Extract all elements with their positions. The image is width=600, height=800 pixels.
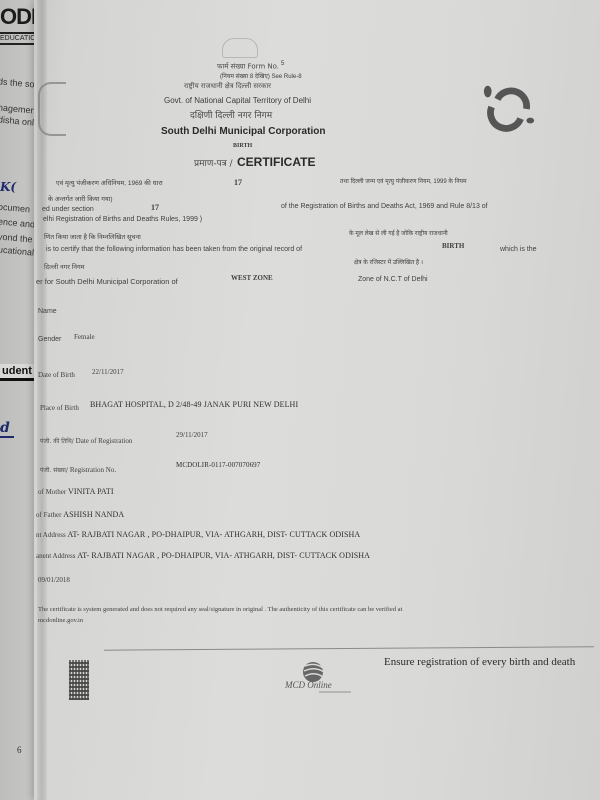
certificate-sheet: फार्म संख्या Form No. 5 (नियम संख्या 8 द… — [34, 0, 600, 800]
background-text-fragment: ocumen — [0, 202, 30, 215]
address-label: nt Address AT- RAJBATI NAGAR , PO-DHAIPU… — [36, 530, 360, 539]
national-emblem-icon — [222, 38, 258, 58]
registration-date-value: 29/11/2017 — [176, 431, 208, 439]
footer-divider — [104, 646, 594, 650]
verify-website-link[interactable]: mcdonline.gov.in — [38, 617, 83, 624]
page-number: 6 — [17, 745, 22, 755]
preamble-line-hindi: एवं मृत्यु पंजीकरण अधिनियम, 1969 की धारा — [56, 178, 163, 187]
certificate-type: BIRTH — [233, 143, 252, 149]
background-text-fragment: ds the sol — [0, 76, 37, 89]
preamble-certify-text: is to certify that the following informa… — [46, 246, 302, 253]
preamble-rules-text: elhi Registration of Births and Deaths R… — [43, 216, 202, 223]
preamble-line-hindi: दिल्ली नगर निगम — [44, 262, 85, 271]
background-text-fragment: yond the — [0, 232, 33, 245]
preamble-certify-suffix: which is the — [500, 246, 537, 253]
zone-suffix: Zone of N.C.T of Delhi — [358, 276, 428, 283]
background-text-fragment: ence and — [0, 216, 35, 229]
svg-text:MCD Online: MCD Online — [284, 680, 332, 690]
record-type: BIRTH — [442, 242, 464, 250]
footer-tagline: Ensure registration of every birth and d… — [384, 656, 575, 668]
preamble-line-hindi: के मूल लेख से ली गई है जोकि राष्ट्रीय रा… — [349, 229, 448, 237]
name-label: Name — [38, 308, 57, 315]
background-text-fragment: nagemen — [0, 102, 36, 115]
preamble-line-hindi: तथा दिल्ली जन्म एवं मृत्यु पंजीकरण नियम,… — [340, 177, 467, 185]
section-number: 17 — [151, 203, 159, 212]
preamble-act-text: of the Registration of Births and Deaths… — [281, 203, 488, 210]
qr-code-icon — [69, 660, 89, 700]
registration-number-label: पंजी. संख्या/ Registration No. — [40, 466, 116, 474]
preamble-line-hindi: के अन्तर्गत जारी किया गया) — [48, 194, 113, 203]
rule-reference: (नियम संख्या 8 देखिए) See Rule-8 — [220, 72, 302, 80]
section-number: 17 — [234, 178, 242, 187]
handwritten-mark: K( — [0, 180, 16, 194]
mcd-swachh-logo-icon — [480, 78, 538, 136]
issue-date: 09/01/2018 — [38, 576, 70, 584]
place-of-birth-label: Place of Birth — [40, 404, 79, 412]
gender-value: Female — [74, 333, 95, 341]
gender-label: Gender — [38, 336, 61, 343]
mcd-online-logo-icon: MCD Online — [279, 660, 359, 694]
govt-name-hindi: राष्ट्रीय राजधानी क्षेत्र दिल्ली सरकार — [184, 82, 271, 91]
preamble-section-text: ed under section — [42, 206, 94, 213]
place-of-birth-value: BHAGAT HOSPITAL, D 2/48-49 JANAK PURI NE… — [90, 400, 298, 409]
registration-date-label: पंजी. की तिथि/ Date of Registration — [40, 437, 132, 445]
registration-number-value: MCDOLIR-0117-007070697 — [176, 461, 260, 469]
corporation-name-hindi: दक्षिणी दिल्ली नगर निगम — [190, 108, 272, 121]
seal-stamp-icon — [38, 82, 66, 136]
father-label: of Father ASHISH NANDA — [36, 510, 124, 519]
zone-value: WEST ZONE — [231, 274, 273, 282]
permanent-address-label: anent Address AT- RAJBATI NAGAR , PO-DHA… — [36, 551, 370, 560]
preamble-line-hindi: क्षेत्र के रजिस्टर में उल्लिखित है । — [354, 258, 423, 266]
preamble-registrar-text: er for South Delhi Municipal Corporation… — [36, 277, 178, 286]
handwritten-mark: d — [0, 420, 14, 438]
mother-label: of Mother VINITA PATI — [38, 487, 114, 496]
background-text-fragment: ucational — [0, 244, 34, 257]
form-number: फार्म संख्या Form No. 5 — [217, 61, 284, 71]
corporation-name-english: South Delhi Municipal Corporation — [161, 126, 325, 137]
dob-value: 22/11/2017 — [92, 368, 124, 376]
background-text-fragment: disha onl — [0, 114, 34, 127]
govt-name-english: Govt. of National Capital Territory of D… — [164, 96, 311, 105]
dob-label: Date of Birth — [38, 371, 75, 379]
certificate-title: प्रमाण-पत्र / CERTIFICATE — [194, 153, 315, 171]
preamble-line-hindi: णित किया जाता है कि निम्नलिखित सूचना — [44, 232, 141, 241]
disclaimer-text: The certificate is system generated and … — [38, 606, 402, 613]
